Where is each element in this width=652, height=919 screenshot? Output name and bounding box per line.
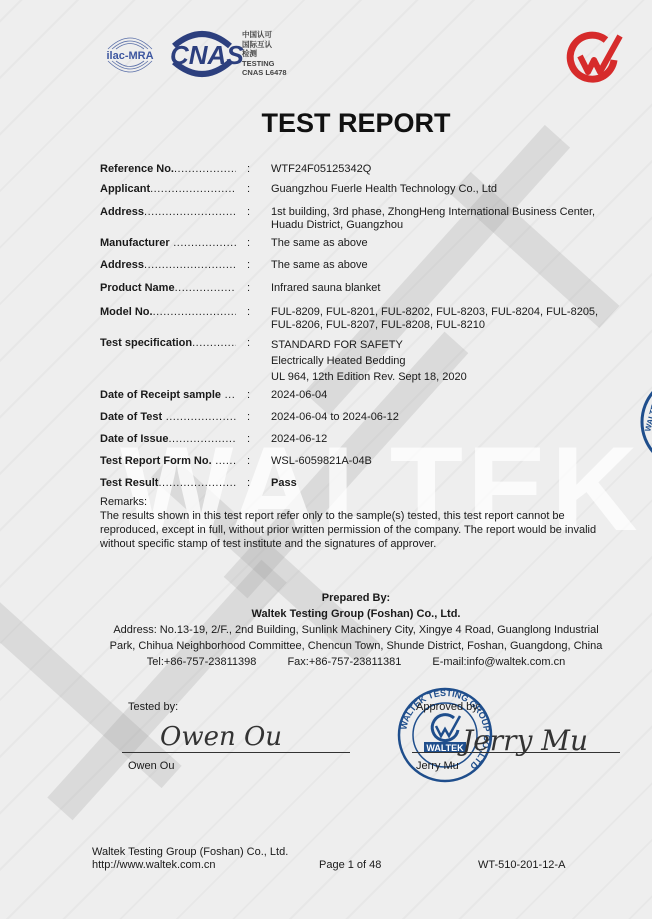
prepared-heading: Prepared By: — [100, 590, 612, 606]
remarks: Remarks: The results shown in this test … — [100, 495, 612, 551]
prepared-company: Waltek Testing Group (Foshan) Co., Ltd. — [100, 606, 612, 622]
field-label: Reference No..................... — [100, 163, 236, 175]
approved-by-label: Approved by: — [416, 701, 481, 713]
page-number: Page 1 of 48 — [319, 859, 381, 872]
field-value: 2024-06-12 — [271, 433, 611, 446]
prepared-by: Prepared By: Waltek Testing Group (Fosha… — [100, 590, 612, 670]
cnas-logo: CNAS — [168, 28, 236, 80]
field-value: 1st building, 3rd phase, ZhongHeng Inter… — [271, 206, 611, 232]
field-label: Manufacturer .................... — [100, 237, 236, 249]
field-colon: : — [247, 389, 250, 401]
field-label: Test Report Form No. ........ — [100, 455, 236, 467]
field-label: Date of Test ....................... — [100, 411, 236, 423]
field-colon: : — [247, 206, 250, 218]
waltek-check-logo-icon — [566, 30, 624, 86]
field-colon: : — [247, 237, 250, 249]
field-colon: : — [247, 337, 250, 349]
field-label: Date of Issue...................... — [100, 433, 236, 445]
field-colon: : — [247, 433, 250, 445]
prepared-address: Address: No.13-19, 2/F., 2nd Building, S… — [100, 622, 612, 654]
tested-by-name: Owen Ou — [128, 760, 174, 772]
field-colon: : — [247, 477, 250, 489]
approved-by-name: Jerry Mu — [416, 760, 459, 772]
accreditation-logos: ilac-MRA CNAS 中国认可 国际互认 检测 TESTING CNAS … — [100, 28, 287, 80]
field-label: Product Name.................... — [100, 282, 236, 294]
field-colon: : — [247, 306, 250, 318]
field-label: Address.............................. — [100, 206, 236, 218]
approved-signature-line — [412, 752, 620, 753]
contact-line: Tel:+86-757-23811398 Fax:+86-757-2381138… — [100, 654, 612, 670]
report-page: WALTEK ilac-MRA CNAS 中国认可 国际互认 检测 TESTIN… — [0, 0, 652, 919]
footer-company: Waltek Testing Group (Foshan) Co., Ltd. … — [92, 846, 288, 872]
svg-text:ilac-MRA: ilac-MRA — [106, 50, 153, 62]
field-value: The same as above — [271, 259, 611, 272]
field-value: The same as above — [271, 237, 611, 250]
field-label: Date of Receipt sample .... — [100, 389, 236, 401]
field-value: WTF24F05125342Q — [271, 163, 611, 176]
tested-by-label: Tested by: — [128, 701, 178, 713]
field-value: Infrared sauna blanket — [271, 282, 611, 295]
fax: Fax:+86-757-23811381 — [287, 654, 401, 670]
field-value: STANDARD FOR SAFETYElectrically Heated B… — [271, 337, 611, 385]
tel: Tel:+86-757-23811398 — [147, 654, 257, 670]
side-stamp-partial: WALTEK — [638, 372, 652, 472]
field-colon: : — [247, 282, 250, 294]
field-label: Model No............................. — [100, 306, 236, 318]
tested-signature: Owen Ou — [160, 722, 282, 752]
field-label: Applicant............................ — [100, 183, 236, 195]
field-value: WSL-6059821A-04B — [271, 455, 611, 468]
field-colon: : — [247, 163, 250, 175]
remarks-text: The results shown in this test report re… — [100, 509, 612, 551]
field-value: 2024-06-04 to 2024-06-12 — [271, 411, 611, 424]
email-link[interactable]: E-mail:info@waltek.com.cn — [432, 654, 565, 670]
cnas-info: 中国认可 国际互认 检测 TESTING CNAS L6478 — [242, 30, 287, 78]
field-label: Test Result......................... — [100, 477, 236, 489]
doc-code: WT-510-201-12-A — [478, 859, 565, 872]
page-title: TEST REPORT — [0, 108, 652, 139]
field-value: 2024-06-04 — [271, 389, 611, 402]
footer-url[interactable]: http://www.waltek.com.cn — [92, 859, 288, 872]
remarks-heading: Remarks: — [100, 495, 612, 509]
field-colon: : — [247, 411, 250, 423]
field-colon: : — [247, 183, 250, 195]
field-value: Pass — [271, 477, 611, 490]
field-colon: : — [247, 259, 250, 271]
field-label: Test specification............. — [100, 337, 236, 349]
field-value: FUL-8209, FUL-8201, FUL-8202, FUL-8203, … — [271, 306, 611, 332]
tested-signature-line — [122, 752, 350, 753]
ilac-mra-logo: ilac-MRA — [100, 29, 160, 79]
field-label: Address.............................. — [100, 259, 236, 271]
field-value: Guangzhou Fuerle Health Technology Co., … — [271, 183, 611, 196]
field-colon: : — [247, 455, 250, 467]
